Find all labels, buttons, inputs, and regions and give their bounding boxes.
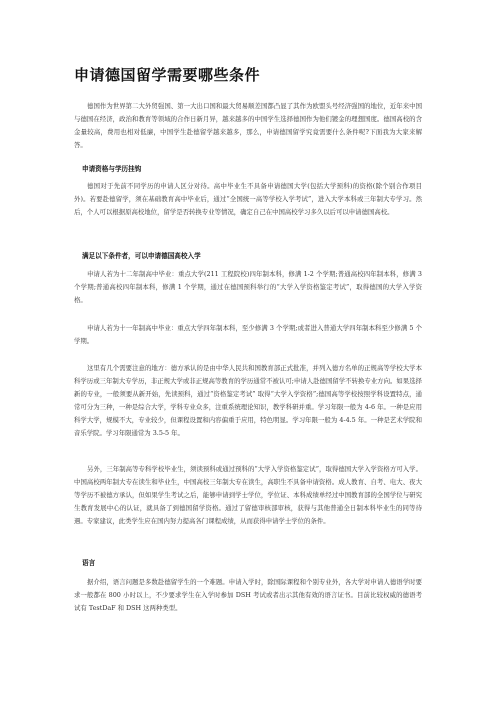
conditions-paragraph-notes: 这里有几个需要注意的地方：德方承认的是由中华人民共和国教育部正式批准，并列入德方… (74, 362, 422, 440)
conditions-paragraph-11-year: 申请人若为十一年制高中毕业：重点大学四年制本科，至少修满 3 个学期;或者进入普… (74, 322, 422, 348)
conditions-paragraph-other: 另外，三年制高等专科学校毕业生，须读预科或通过预科的“大学入学资格鉴定试”，取得… (74, 463, 422, 528)
section-heading-conditions: 满足以下条件者，可以申请德国高校入学 (82, 250, 201, 260)
qualification-paragraph: 德国对于先前不同学历的申请人区分对待。高中毕业生不具备申请德国大学(包括大学预科… (74, 180, 422, 219)
section-heading-language: 语言 (82, 557, 95, 567)
document-title: 申请德国留学需要哪些条件 (74, 64, 260, 85)
section-heading-qualification: 申请资格与学历挂钩 (82, 163, 141, 173)
intro-paragraph: 德国作为世界第二大外贸强国、第一大出口国和最大贸易顺差国都凸显了其作为欧盟头号经… (74, 100, 422, 152)
language-paragraph: 据介绍，语言问题是多数赴德留学生的一个难题。申请入学时，除国际课程和个别专业外，… (74, 576, 422, 615)
conditions-paragraph-12-year: 申请人若为十二年制高中毕业：重点大学(211 工程院校)四年制本科，修满 1-2… (74, 268, 422, 307)
